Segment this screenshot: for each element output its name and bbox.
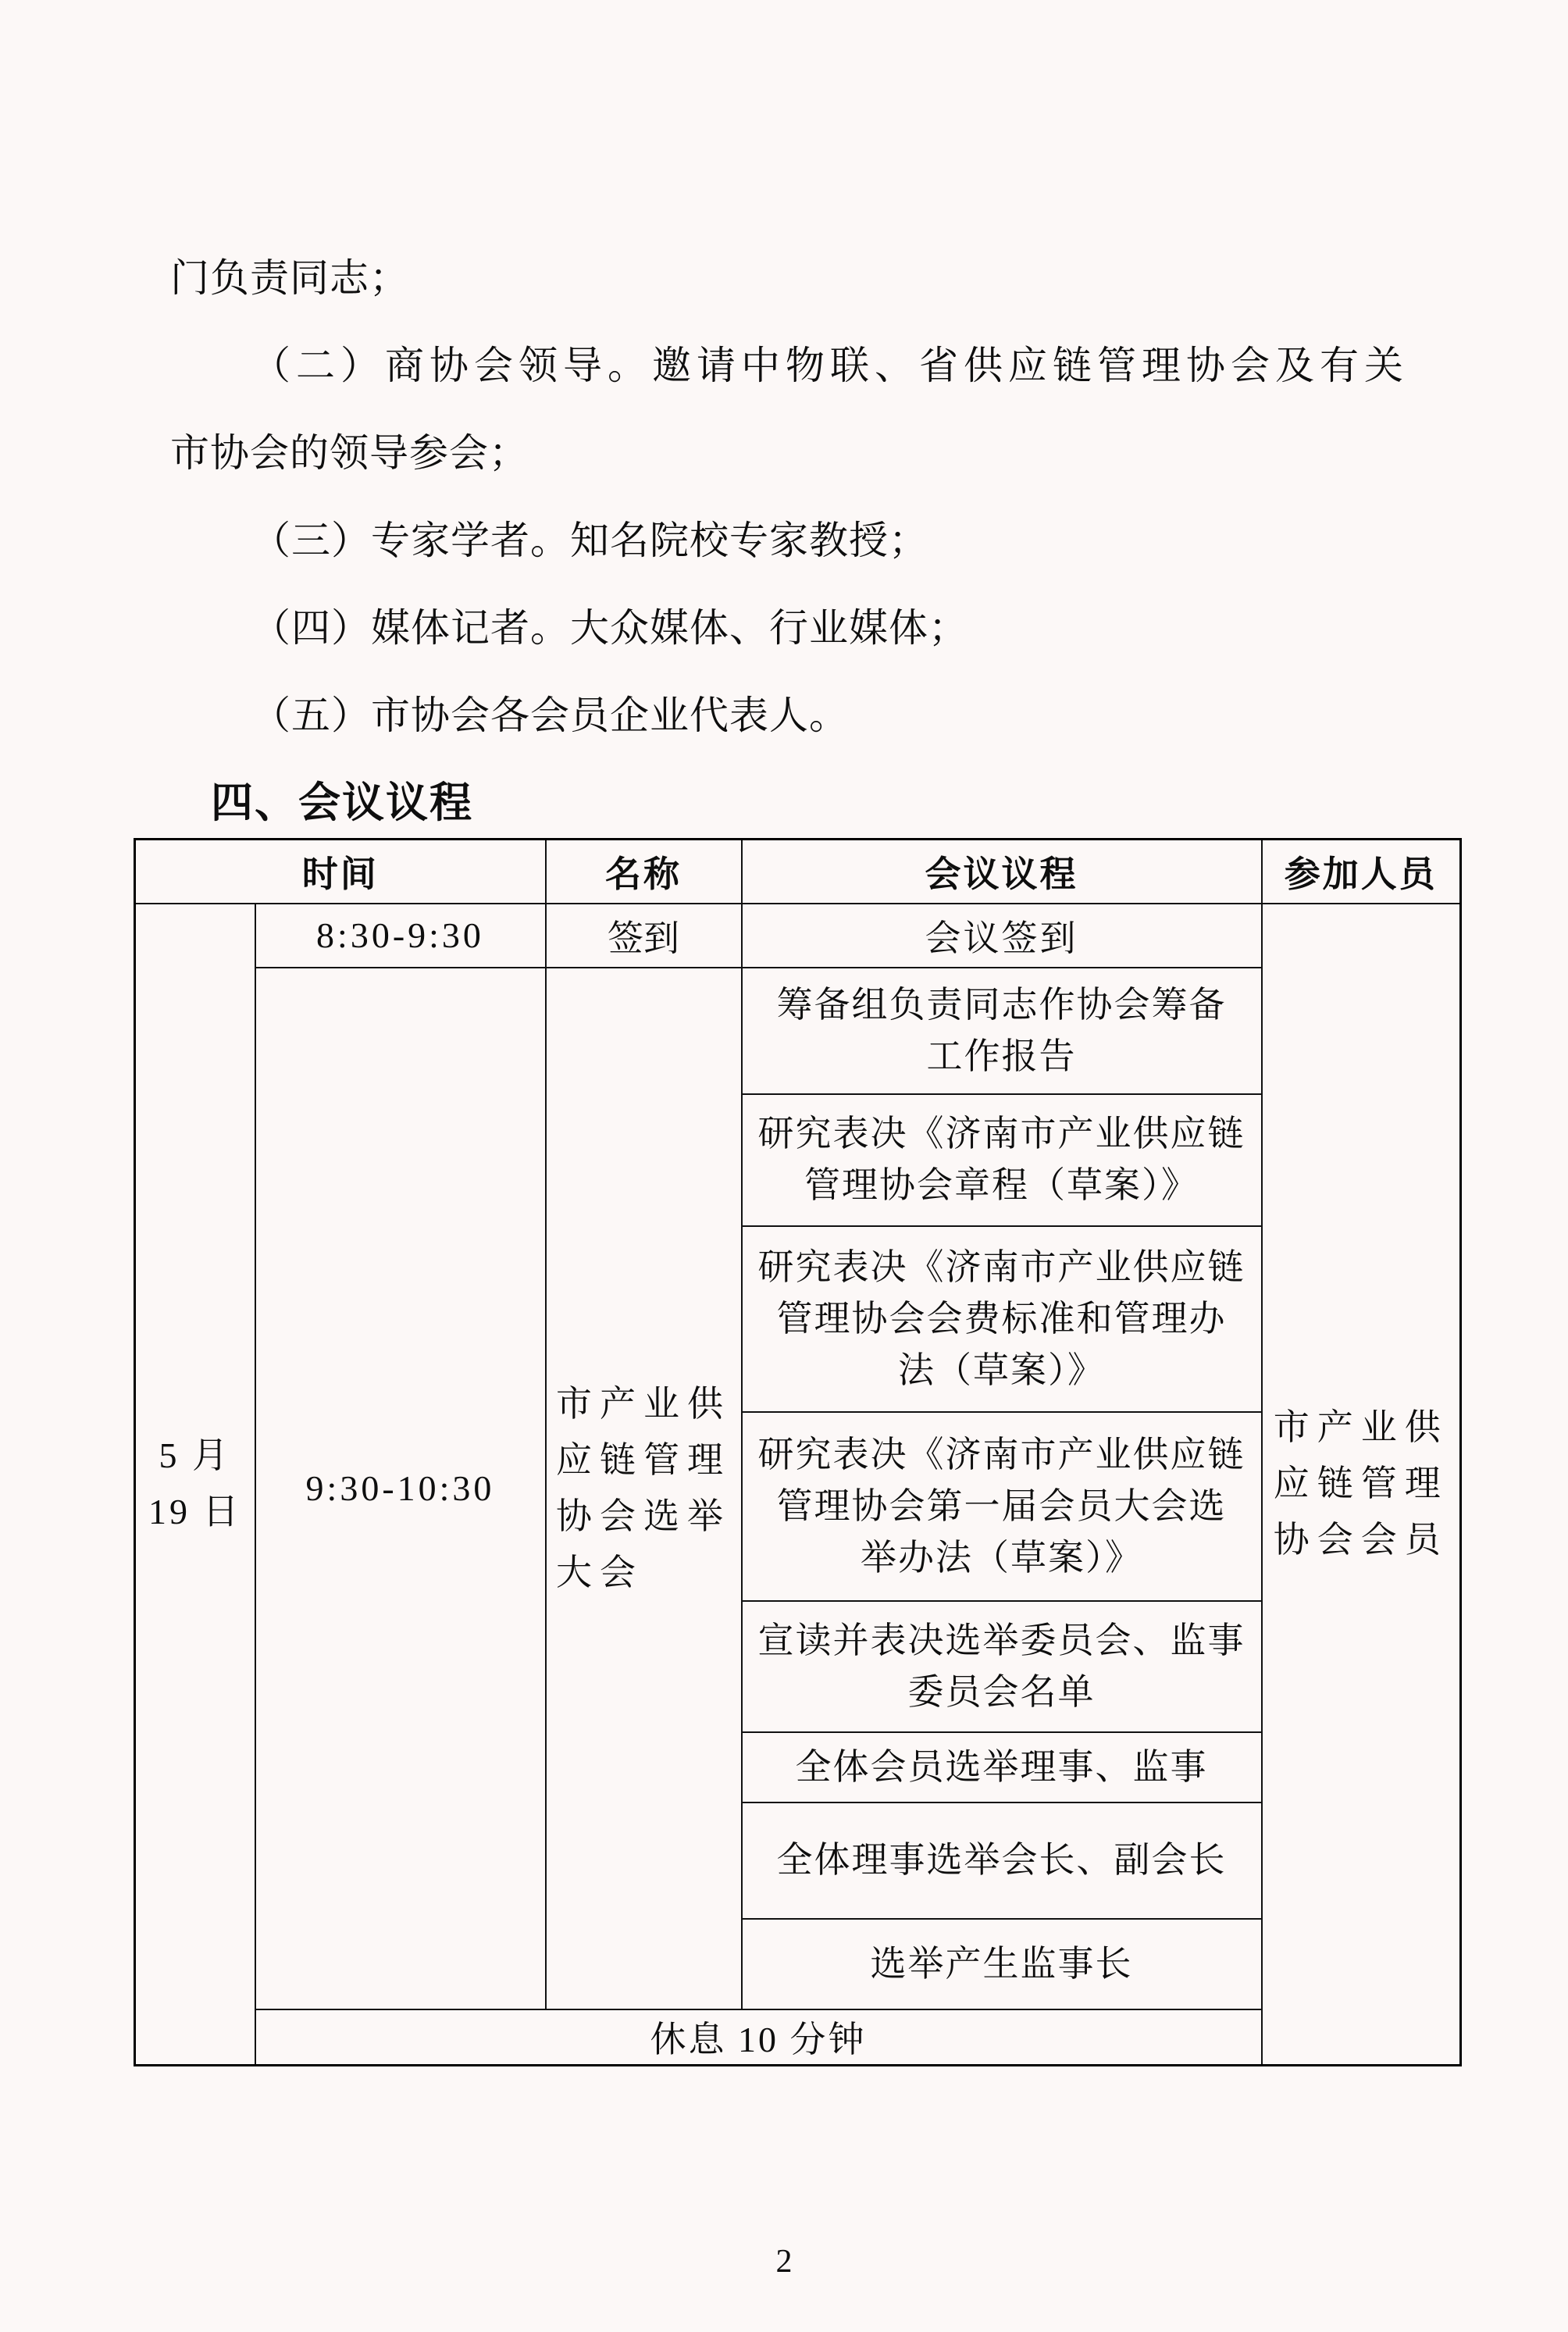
participants-cell: 市产业供 应链管理 协会会员 xyxy=(1262,904,1461,2066)
paragraph-line-4: （三）专家学者。知名院校专家教授； xyxy=(170,497,1404,584)
paragraph-line-5: （四）媒体记者。大众媒体、行业媒体； xyxy=(170,584,1404,672)
break-cell: 休息 10 分钟 xyxy=(255,2009,1262,2066)
election-time-cell: 9:30-10:30 xyxy=(255,968,546,2009)
paragraph-line-1: 门负责同志； xyxy=(170,234,1404,322)
agenda-item-6: 全体会员选举理事、监事 xyxy=(742,1732,1262,1802)
signin-agenda-cell: 会议签到 xyxy=(742,904,1262,968)
date-cell: 5 月 19 日 xyxy=(135,904,255,2066)
election-name-cell: 市产业供 应链管理 协会选举 大会 xyxy=(546,968,742,2009)
header-cell-agenda: 会议议程 xyxy=(742,840,1262,904)
agenda-item-3: 研究表决《济南市产业供应链 管理协会会费标准和管理办 法（草案）》 xyxy=(742,1226,1262,1412)
agenda-item-7: 全体理事选举会长、副会长 xyxy=(742,1802,1262,1919)
participants-text: 市产业供 应链管理 协会会员 xyxy=(1274,1400,1449,1568)
header-cell-participants: 参加人员 xyxy=(1262,840,1461,904)
header-cell-time: 时间 xyxy=(135,840,546,904)
paragraph-line-6: （五）市协会各会员企业代表人。 xyxy=(170,672,1404,759)
section-heading-agenda: 四、会议议程 xyxy=(170,759,1404,847)
table-row-signin: 5 月 19 日 8:30-9:30 签到 会议签到 市产业供 应链管理 协会会… xyxy=(135,904,1461,968)
paragraph-line-3: 市协会的领导参会； xyxy=(170,409,1404,497)
signin-time-cell: 8:30-9:30 xyxy=(255,904,546,968)
header-cell-name: 名称 xyxy=(546,840,742,904)
page-number: 2 xyxy=(0,2243,1568,2280)
election-name-text: 市产业供 应链管理 协会选举 大会 xyxy=(556,1376,731,1601)
body-text-block: 门负责同志； （二）商协会领导。邀请中物联、省供应链管理协会及有关 市协会的领导… xyxy=(170,234,1404,847)
agenda-item-4: 研究表决《济南市产业供应链 管理协会第一届会员大会选 举办法（草案）》 xyxy=(742,1412,1262,1601)
table-header-row: 时间 名称 会议议程 参加人员 xyxy=(135,840,1461,904)
agenda-item-2: 研究表决《济南市产业供应链 管理协会章程（草案）》 xyxy=(742,1094,1262,1226)
agenda-item-1: 筹备组负责同志作协会筹备 工作报告 xyxy=(742,968,1262,1094)
document-page: 门负责同志； （二）商协会领导。邀请中物联、省供应链管理协会及有关 市协会的领导… xyxy=(0,0,1568,2332)
agenda-item-5: 宣读并表决选举委员会、监事 委员会名单 xyxy=(742,1601,1262,1732)
paragraph-line-2: （二）商协会领导。邀请中物联、省供应链管理协会及有关 xyxy=(170,322,1404,409)
agenda-item-8: 选举产生监事长 xyxy=(742,1919,1262,2009)
signin-name-cell: 签到 xyxy=(546,904,742,968)
agenda-table: 时间 名称 会议议程 参加人员 5 月 19 日 8:30-9:30 签到 会议… xyxy=(134,838,1462,2066)
